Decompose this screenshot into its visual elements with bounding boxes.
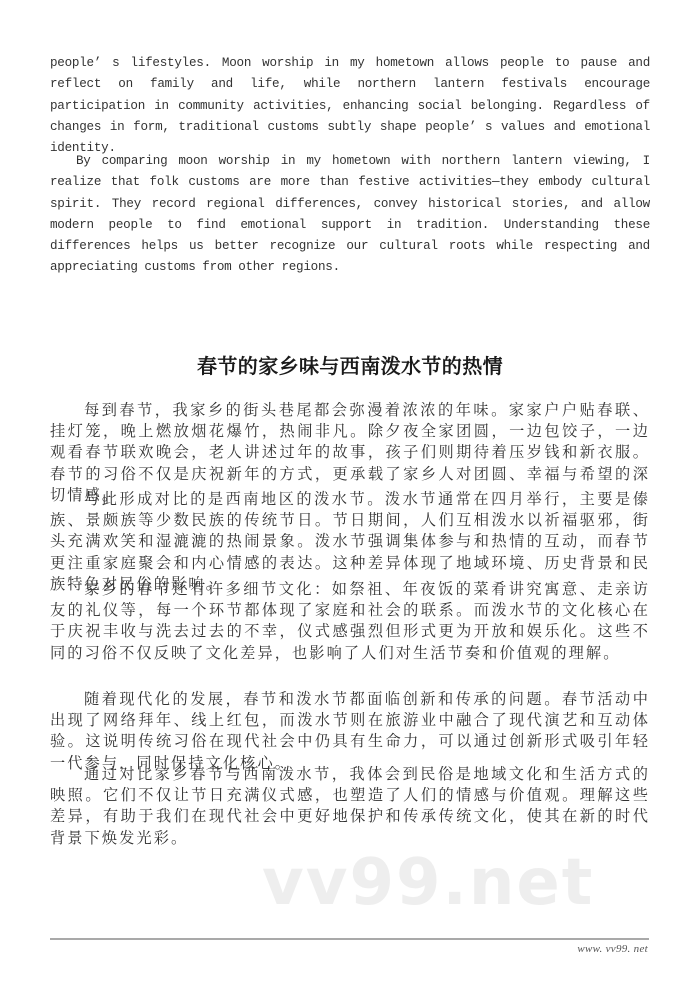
chinese-paragraph: 家乡的春节还有许多细节文化：如祭祖、年夜饭的菜肴讲究寓意、走亲访友的礼仪等，每一…: [50, 579, 650, 664]
chinese-paragraph-3-container: 家乡的春节还有许多细节文化：如祭祖、年夜饭的菜肴讲究寓意、走亲访友的礼仪等，每一…: [50, 579, 650, 664]
chinese-paragraph: 通过对比家乡春节与西南泼水节，我体会到民俗是地域文化和生活方式的映照。它们不仅让…: [50, 764, 650, 849]
chinese-paragraph-4-container: 随着现代化的发展，春节和泼水节都面临创新和传承的问题。春节活动中出现了网络拜年、…: [50, 689, 650, 774]
chinese-paragraph-5-container: 通过对比家乡春节与西南泼水节，我体会到民俗是地域文化和生活方式的映照。它们不仅让…: [50, 764, 650, 849]
english-paragraph-1-container: people’ s lifestyles. Moon worship in my…: [50, 53, 650, 159]
english-paragraph: By comparing moon worship in my hometown…: [50, 151, 650, 279]
footer-url: www. vv99. net: [577, 943, 648, 955]
english-paragraph: people’ s lifestyles. Moon worship in my…: [50, 53, 650, 159]
chinese-paragraph: 随着现代化的发展，春节和泼水节都面临创新和传承的问题。春节活动中出现了网络拜年、…: [50, 689, 650, 774]
english-paragraph-2-container: By comparing moon worship in my hometown…: [50, 151, 650, 279]
footer-divider: [50, 938, 649, 940]
watermark: vv99.net: [262, 848, 594, 918]
article-title: 春节的家乡味与西南泼水节的热情: [0, 353, 700, 379]
